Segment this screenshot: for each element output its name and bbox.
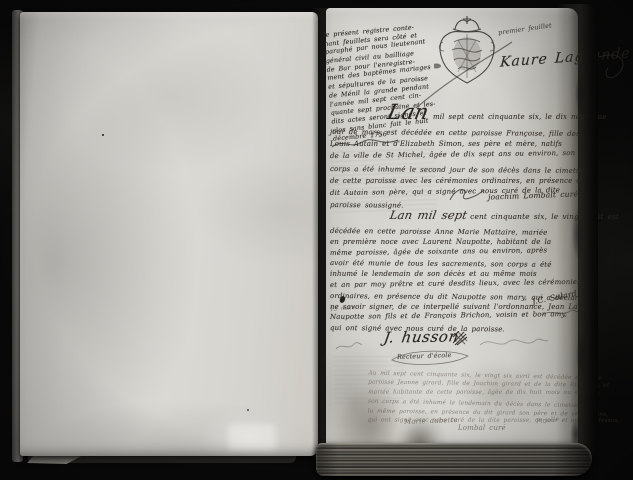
entry2-opening-script: Lan mil sept xyxy=(389,208,469,222)
handwritten-line: de la ville de St Michel, âgée de dix se… xyxy=(330,147,578,162)
paper-light-patch xyxy=(228,424,276,450)
dust-speck xyxy=(102,134,104,136)
title-swash-icon xyxy=(596,48,630,90)
left-blank-page xyxy=(20,12,318,456)
margin-scribble-icon xyxy=(334,338,364,354)
signature-paraph-icon xyxy=(446,185,486,203)
handwritten-line: et an par moy prêtre et curé desdits lie… xyxy=(330,277,580,291)
faint-signature-icon xyxy=(478,333,550,353)
handwritten-line: corps a été inhumé le second jour de son… xyxy=(330,163,578,177)
paraph-hatch-icon xyxy=(452,331,468,346)
archival-photo-background: le présent registre conte-nant feuillets… xyxy=(0,0,633,480)
handwritten-line: même paroisse, âgée de soixante ans ou e… xyxy=(330,245,580,259)
dust-speck xyxy=(247,409,249,411)
handwritten-line: mariée habitante de cette paroisse, âgée… xyxy=(368,388,582,398)
entry1-initial-letter: Lan xyxy=(385,100,431,124)
book-fore-edge xyxy=(556,4,598,458)
schoolmaster-signature: J. husson xyxy=(382,327,460,346)
handwritten-line: décédée en cette paroisse Anne Marie Mat… xyxy=(330,226,580,239)
handwritten-line: jour de mars, est décédée en cette paroi… xyxy=(330,126,578,140)
book-bottom-page-edges xyxy=(316,443,592,476)
entry3-signature: Lombal curé xyxy=(458,424,506,432)
